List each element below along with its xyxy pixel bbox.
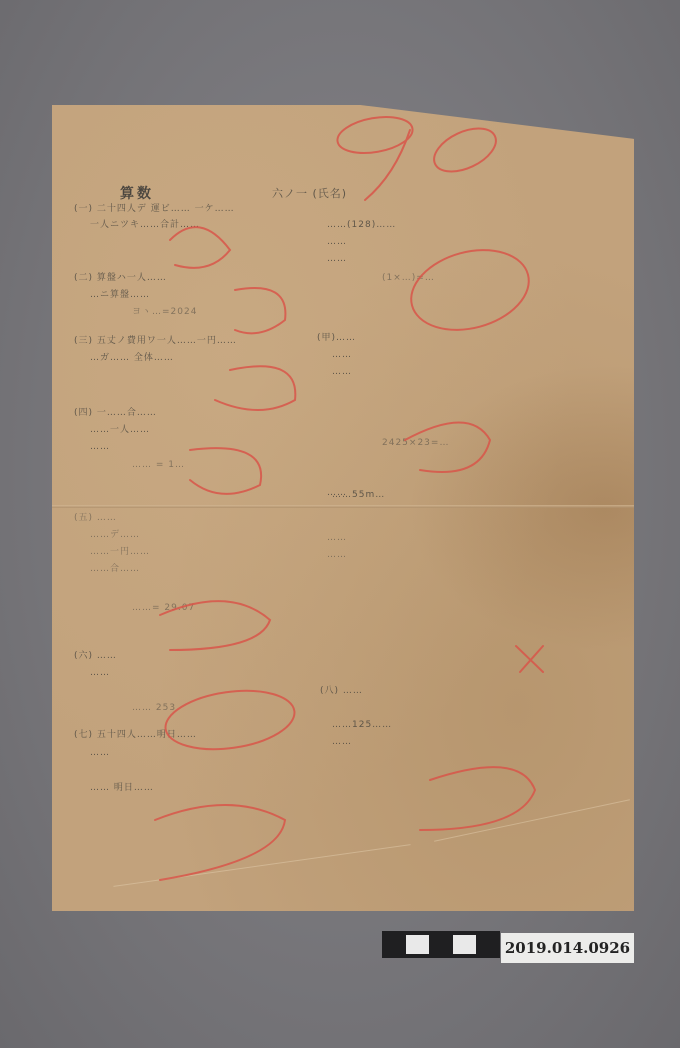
subject-heading: 算数: [120, 183, 154, 203]
q-line: ……55m…: [332, 487, 385, 504]
q-line: ……: [327, 234, 347, 251]
q-line: ……: [90, 439, 110, 456]
color-scale-bar: [382, 931, 500, 958]
student-name: 六ノ一 (氏名): [272, 185, 347, 202]
q-line: (三) 五丈ノ費用ワ一人……一円……: [74, 333, 237, 350]
crease: [434, 799, 630, 842]
q-line: (六) ……: [74, 648, 117, 665]
q-line: ……デ……: [90, 527, 140, 544]
q-line: 一人ニツキ……合計……: [90, 217, 200, 234]
catalog-number-label: 2019.014.0926: [501, 933, 634, 963]
q-line: (七) 五十四人……明日……: [74, 727, 197, 744]
q-line: ……合……: [90, 561, 140, 578]
q-line: ……: [332, 347, 352, 364]
crease: [113, 844, 410, 887]
q-answer: …… = 1…: [132, 457, 185, 474]
q-line: (甲)……: [317, 330, 356, 347]
q-line: ……: [327, 547, 347, 564]
q-line: ……: [90, 665, 110, 682]
q-answer: 2425×23=…: [382, 435, 449, 452]
q-line: …… 明日……: [90, 780, 154, 797]
q-line: …ガ…… 全体……: [90, 350, 174, 367]
q-line: (一) 二十四人デ 運ビ…… 一ケ……: [74, 201, 235, 218]
q-line: ……一人……: [90, 422, 150, 439]
q-line: ……: [327, 251, 347, 268]
q-answer: ……= 29.07: [132, 600, 195, 617]
q-line: (五) ……: [74, 510, 117, 527]
q-line: (四) 一……合……: [74, 405, 157, 422]
fold-line: [52, 505, 634, 508]
q-answer: (1×…)=…: [382, 270, 435, 287]
exam-paper: 算数 六ノ一 (氏名) (一) 二十四人デ 運ビ…… 一ケ…… 一人ニツキ……合…: [52, 105, 634, 911]
q-line: …ニ算盤……: [90, 287, 150, 304]
q-line: ……: [327, 530, 347, 547]
q-answer: …… 253: [132, 700, 176, 717]
q-line: (二) 算盤ハ一人……: [74, 270, 167, 287]
q-line: ……: [332, 364, 352, 381]
q-line: ……: [90, 745, 110, 762]
q-answer: ヨヽ…=2024: [132, 304, 197, 321]
q-line: ……(128)……: [327, 217, 396, 234]
q-line: ……125……: [332, 717, 392, 734]
q-line: (八) ……: [320, 683, 363, 700]
q-line: ……: [332, 734, 352, 751]
q-line: ……一円……: [90, 544, 150, 561]
